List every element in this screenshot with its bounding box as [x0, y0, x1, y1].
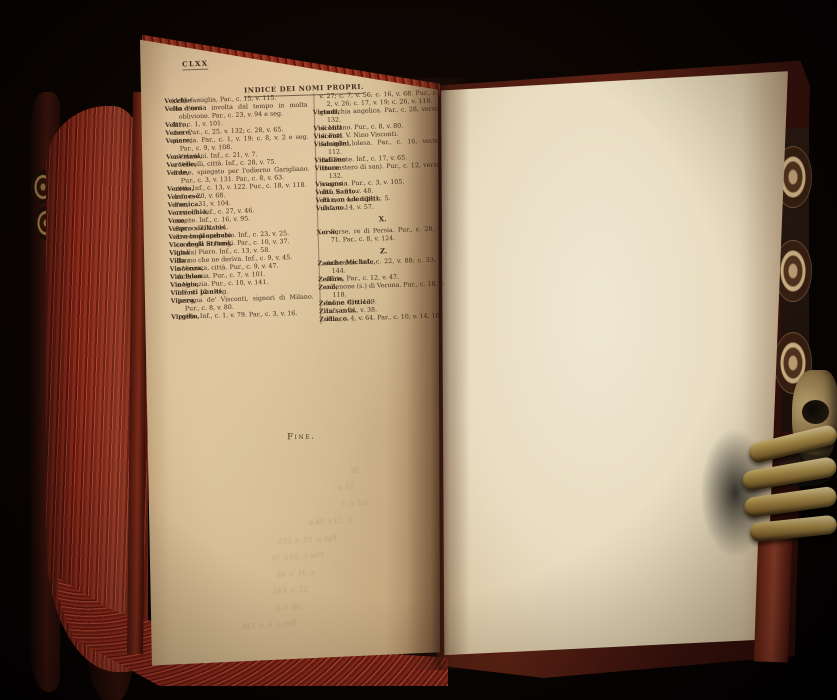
section-heading: Z.	[324, 245, 443, 258]
index-column-right: v. 27; c. 7, v. 56; c. 16, v. 68. Pur., …	[313, 89, 445, 324]
book-photograph: CLXX INDICE DEI NOMI PROPRI. Vecchie (de…	[0, 0, 837, 700]
blank-right-page	[438, 58, 790, 660]
knuckle-hole	[802, 400, 829, 424]
fine-colophon: Fine.	[178, 428, 425, 446]
printed-index-block: CLXX INDICE DEI NOMI PROPRI. Vecchie (de…	[166, 49, 453, 487]
index-column-left: Vecchie (del), famiglia, Par., c. 15, v.…	[171, 94, 314, 322]
show-through-ghost-text: 3833 .vInf. c. 7.c. 23 v. 94 ePar. c. 15…	[152, 459, 416, 661]
brass-hand-clasp	[740, 368, 837, 558]
page-number: CLXX	[182, 59, 208, 71]
section-heading: X.	[323, 213, 442, 226]
index-entry: Xerse, o Serse, re di Persia. Pur., c. 2…	[323, 225, 442, 245]
